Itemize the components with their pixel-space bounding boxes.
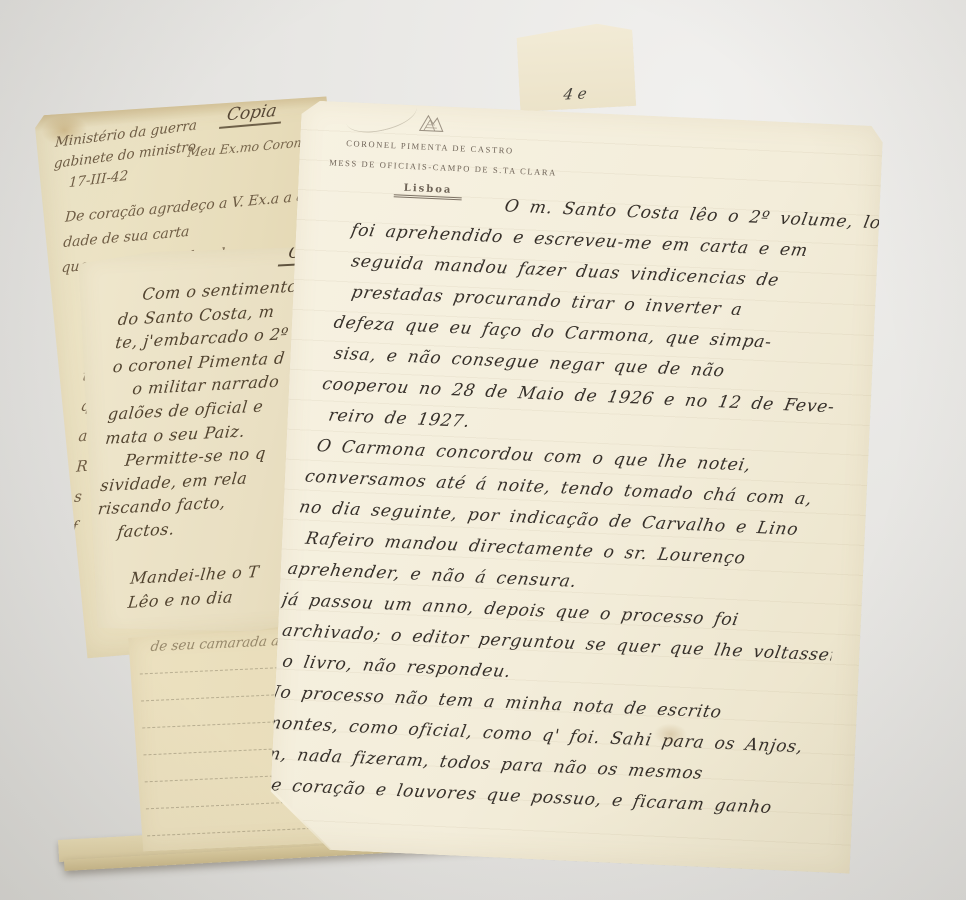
cutoff-letter: f	[71, 511, 84, 542]
cutoff-letter: j	[69, 541, 82, 572]
cutoff-letter: g	[67, 572, 80, 603]
cutoff-letter: R	[75, 451, 88, 482]
handwritten-fragment: 4 e	[562, 84, 588, 103]
letter-pimenta-de-castro: CORONEL PIMENTA DE CASTRO MESS DE OFICIA…	[268, 100, 883, 874]
crest-monogram-icon	[416, 111, 447, 134]
copia-heading-back: Copia	[219, 100, 284, 129]
salutation: Meu Ex.mo Coron	[187, 135, 303, 160]
letter-body: O m. Santo Costa lêo o 2º volume, logo f…	[245, 185, 916, 826]
photo-backdrop: Ministério da guerra gabinete do ministr…	[0, 0, 966, 900]
cutoff-letter: s	[73, 481, 86, 512]
peeking-sheet: 4 e	[516, 22, 636, 112]
